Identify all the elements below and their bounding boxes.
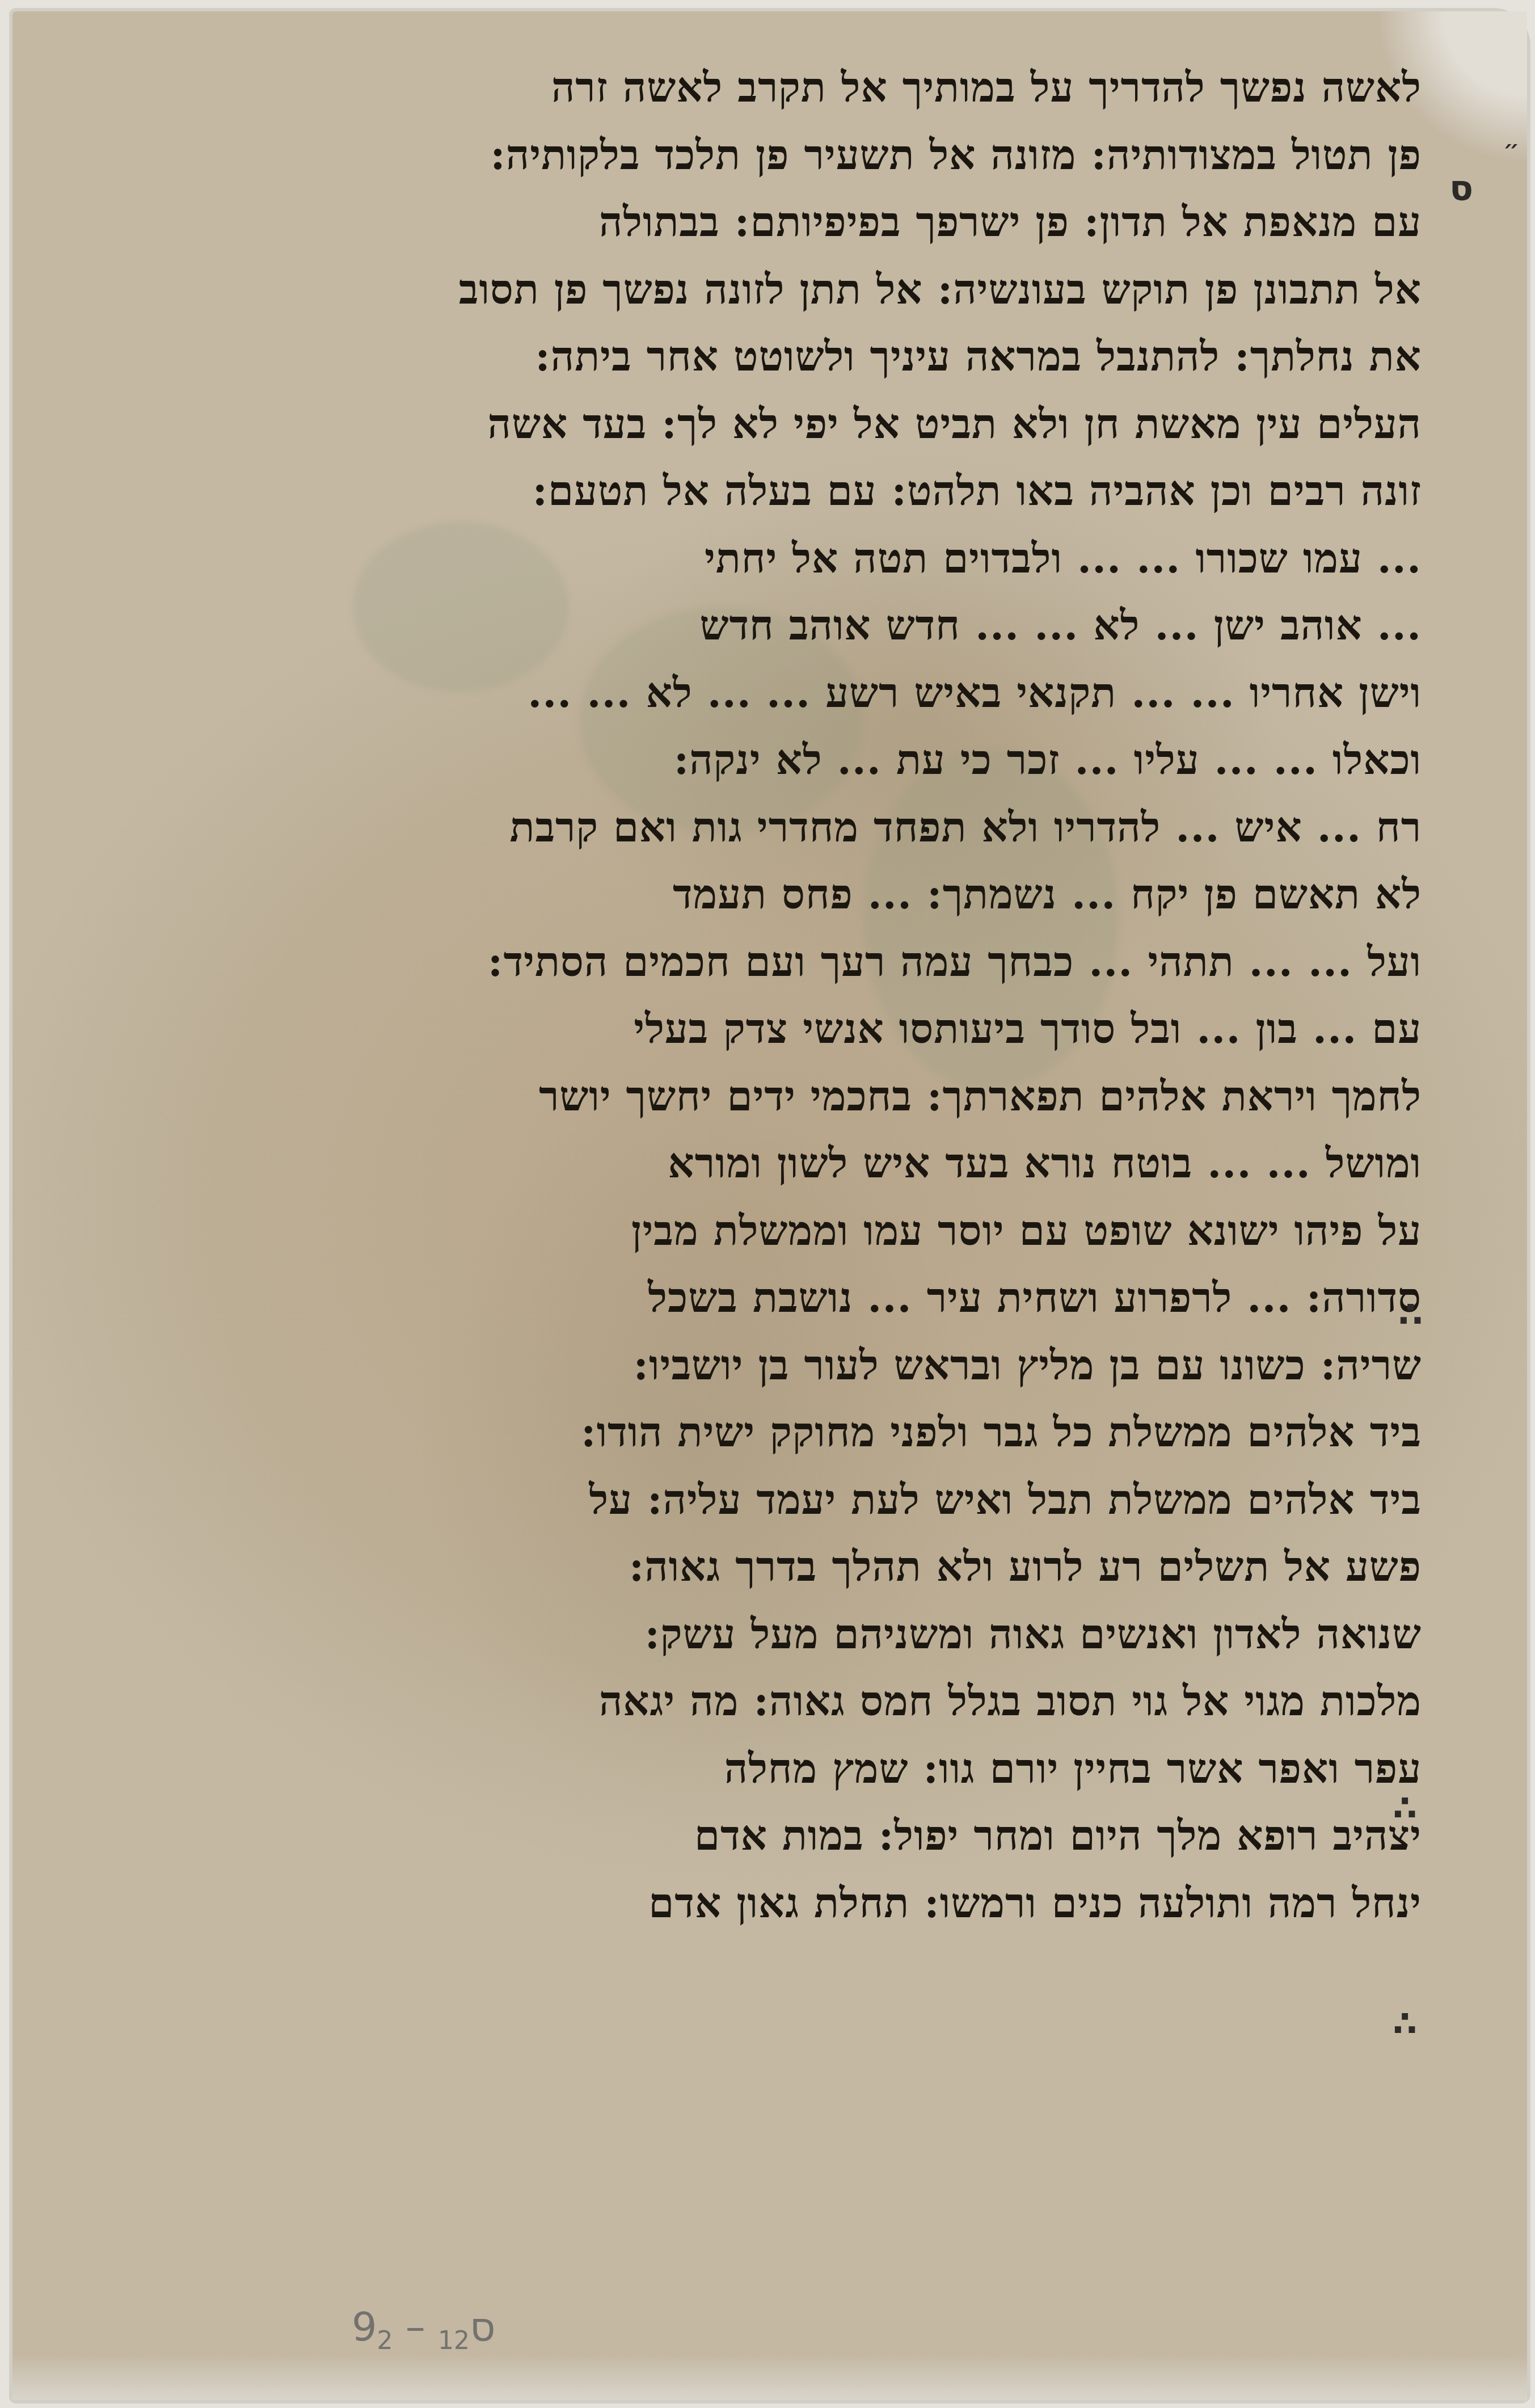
text-line: שנואה לאדון ואנשים גאוה ומשניהם מעל עשק: <box>145 1601 1422 1668</box>
text-line: שריה: כשונו עם בן מליץ ובראש לעור בן יוש… <box>145 1332 1422 1399</box>
text-line: זונה רבים וכן אהביה באו תלהט: עם בעלה אל… <box>145 457 1422 525</box>
text-line: את נחלתך: להתנבל במראה עיניך ולשוטט אחר … <box>145 323 1422 390</box>
text-line: אל תתבונן פן תוקש בעונשיה: אל תתן לזונה … <box>145 256 1422 323</box>
text-line: ינחל רמה ותולעה כנים ורמשו: תחלת גאון אד… <box>145 1870 1422 1937</box>
text-line: ... עמו שכורו ... ... ולבדוים תטה אל יחת… <box>145 525 1422 592</box>
text-line: וכאלו ... ... עליו ... זכר כי עת ... לא … <box>145 726 1422 794</box>
text-line: עם ... בון ... ובל סודך ביעותסו אנשי צדק… <box>145 995 1422 1063</box>
text-line: העלים עין מאשת חן ולא תביט אל יפי לא לך:… <box>145 390 1422 458</box>
margin-dots-mark: ∴ <box>1393 1787 1417 1829</box>
text-line: לאשה נפשך להדריך על במותיך אל תקרב לאשה … <box>145 54 1422 121</box>
text-line: לא תאשם פן יקח ... נשמתך: ... פחס תעמד <box>145 861 1422 928</box>
margin-samekh-mark: ס <box>1449 167 1473 209</box>
worn-bottom-edge <box>12 2355 1527 2400</box>
text-line: רח ... איש ... להדריו ולא תפחד מחדרי גות… <box>145 794 1422 861</box>
text-line: על פיהו ישונא שופט עם יוסר עמו וממשלת מב… <box>145 1197 1422 1265</box>
text-line: ועל ... ... תתהי ... כבחך עמה רעך ועם חכ… <box>145 928 1422 996</box>
margin-tick-mark: ״ <box>1503 136 1519 162</box>
text-line: מלכות מגוי אל גוי תסוב בגלל חמס גאוה: מה… <box>145 1668 1422 1735</box>
text-line: יצהיב רופא מלך היום ומחר יפול: במות אדם <box>145 1802 1422 1870</box>
text-line: פן תטול במצודותיה: מזונה אל תשעיר פן תלכ… <box>145 121 1422 189</box>
margin-dots-mark: ∴ <box>1398 1294 1423 1335</box>
text-line: סדורה: ... לרפרוע ושחית עיר ... נושבת בש… <box>145 1264 1422 1332</box>
text-line: וישן אחריו ... ... תקנאי באיש רשע ... ..… <box>145 659 1422 727</box>
margin-dots-mark: ∴ <box>1393 2003 1417 2044</box>
text-line: ביד אלהים ממשלת תבל ואיש לעת יעמד עליה: … <box>145 1466 1422 1534</box>
text-line: פשע אל תשלים רע לרוע ולא תהלך בדרך גאוה: <box>145 1533 1422 1601</box>
text-line: עפר ואפר אשר בחיין יורם גוו: שמץ מחלה <box>145 1735 1422 1803</box>
text-line: ביד אלהים ממשלת כל גבר ולפני מחוקק ישית … <box>145 1399 1422 1466</box>
folio-shelfmark: 92 – ס12 <box>352 2304 496 2355</box>
text-line: ... אוהב ישן ... לא ... ... חדש אוהב חדש <box>145 592 1422 659</box>
text-line: ומושל ... ... בוטח נורא בעד איש לשון ומו… <box>145 1130 1422 1197</box>
text-line: עם מנאפת אל תדון: פן ישרפך בפיפיותם: בבת… <box>145 188 1422 256</box>
text-line: לחמך ויראת אלהים תפארתך: בחכמי ידים יחשך… <box>145 1063 1422 1130</box>
manuscript-text: לאשה נפשך להדריך על במותיך אל תקרב לאשה … <box>145 54 1422 1936</box>
